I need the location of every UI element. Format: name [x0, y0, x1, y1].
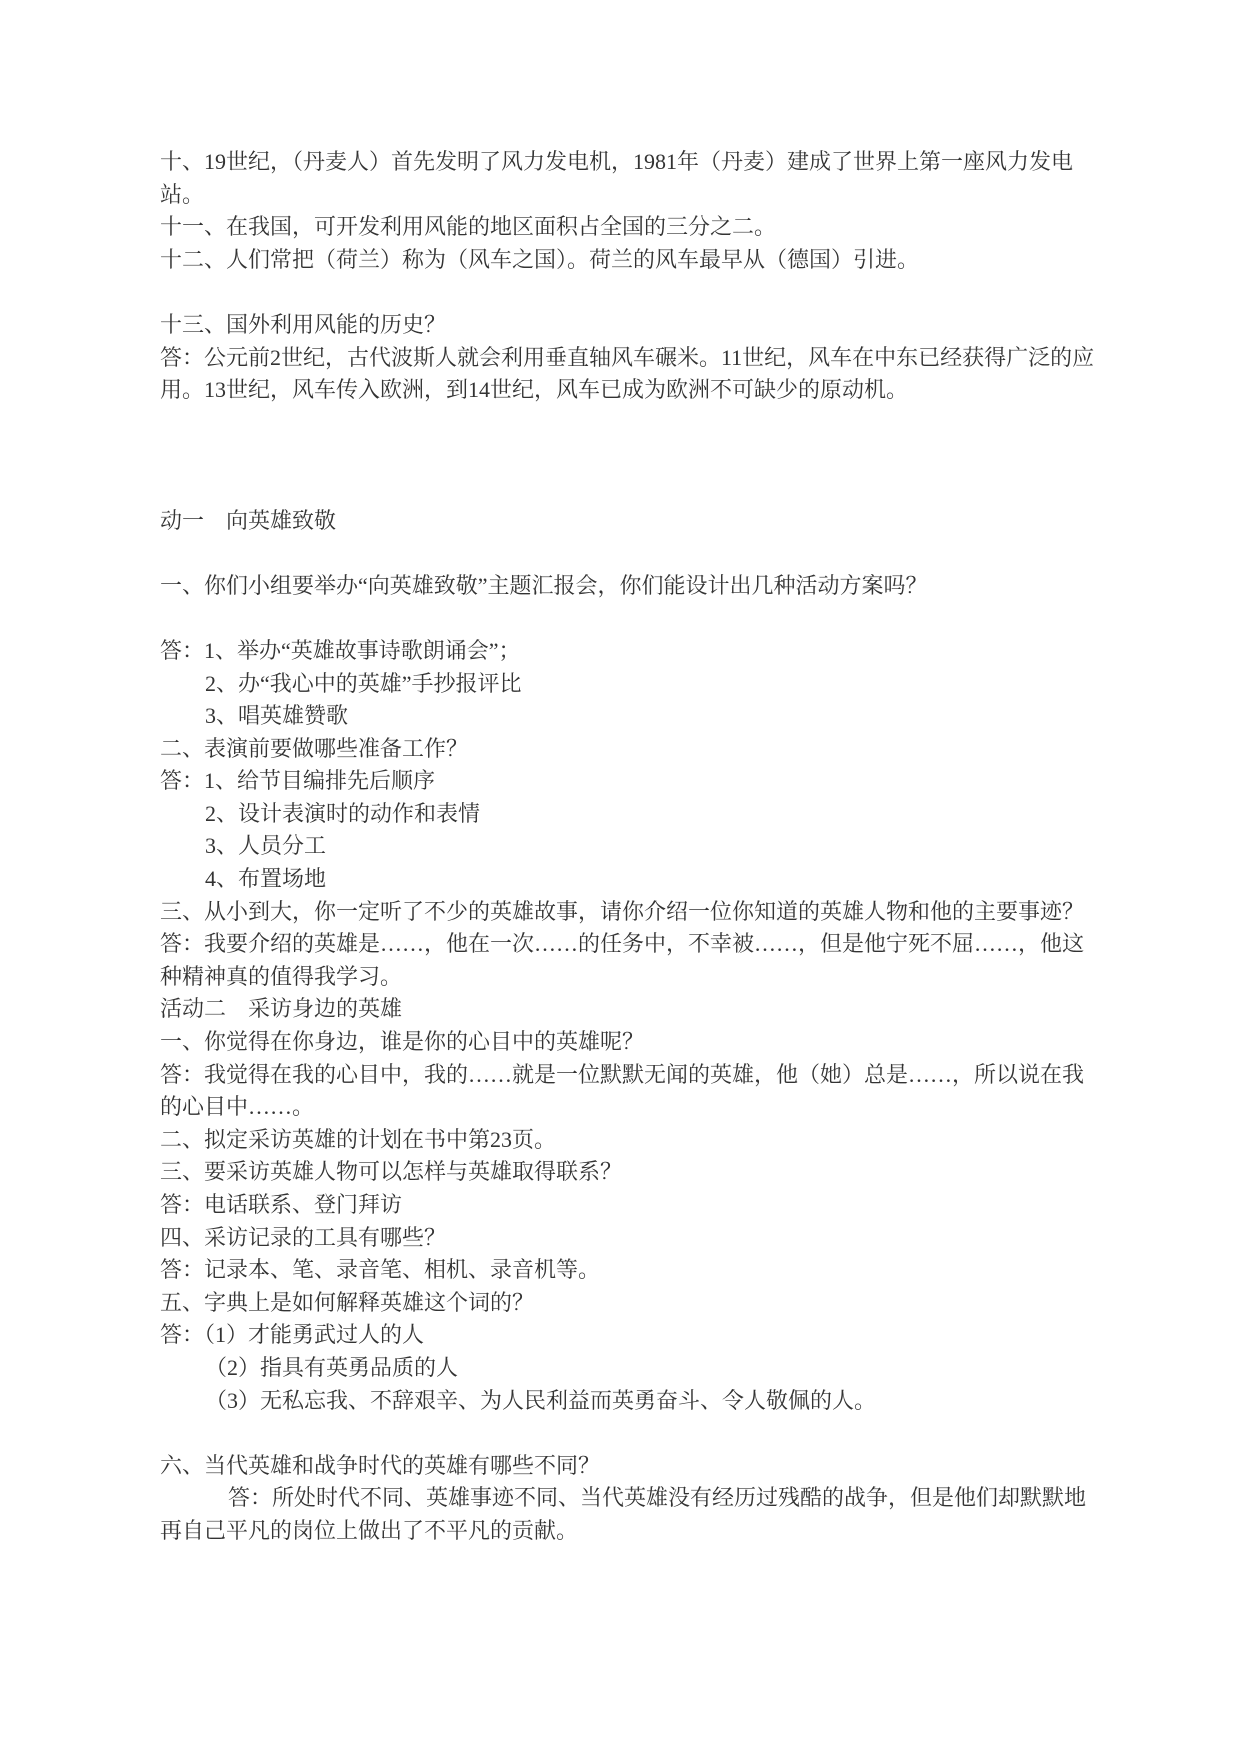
paragraph-line: 2、设计表演时的动作和表情	[205, 798, 1098, 831]
blank-line	[160, 472, 1098, 505]
blank-line	[160, 602, 1098, 635]
blank-line	[160, 276, 1098, 309]
paragraph-line: 3、唱英雄赞歌	[205, 700, 1098, 733]
document-page: 十、19世纪，（丹麦人）首先发明了风力发电机，1981年（丹麦）建成了世界上第一…	[0, 0, 1241, 1754]
paragraph-line: 4、布置场地	[205, 863, 1098, 896]
paragraph-line: 答：我觉得在我的心目中，我的……就是一位默默无闻的英雄，他（她）总是……，所以说…	[160, 1059, 1098, 1124]
paragraph-line: 十二、人们常把（荷兰）称为（风车之国）。荷兰的风车最早从（德国）引进。	[160, 244, 1098, 277]
paragraph-line: 答：所处时代不同、英雄事迹不同、当代英雄没有经历过残酷的战争，但是他们却默默地再…	[160, 1482, 1098, 1547]
paragraph-line: 六、当代英雄和战争时代的英雄有哪些不同？	[160, 1450, 1098, 1483]
paragraph-line: 答：记录本、笔、录音笔、相机、录音机等。	[160, 1254, 1098, 1287]
blank-line	[160, 407, 1098, 440]
paragraph-line: 答：1、举办“英雄故事诗歌朗诵会”；	[160, 635, 1098, 668]
paragraph-line: 一、你们小组要举办“向英雄致敬”主题汇报会，你们能设计出几种活动方案吗？	[160, 570, 1098, 603]
paragraph-line: 答：我要介绍的英雄是……，他在一次……的任务中，不幸被……，但是他宁死不屈……，…	[160, 928, 1098, 993]
paragraph-line: 答：1、给节目编排先后顺序	[160, 765, 1098, 798]
document-body: 十、19世纪，（丹麦人）首先发明了风力发电机，1981年（丹麦）建成了世界上第一…	[160, 146, 1098, 1548]
paragraph-line: 3、人员分工	[205, 830, 1098, 863]
paragraph-line: 十一、在我国，可开发利用风能的地区面积占全国的三分之二。	[160, 211, 1098, 244]
paragraph-line: （2）指具有英勇品质的人	[205, 1352, 1098, 1385]
blank-line	[160, 439, 1098, 472]
paragraph-line: 十三、国外利用风能的历史？	[160, 309, 1098, 342]
paragraph-line: 十、19世纪，（丹麦人）首先发明了风力发电机，1981年（丹麦）建成了世界上第一…	[160, 146, 1098, 211]
paragraph-line: 答：公元前2世纪，古代波斯人就会利用垂直轴风车碾米。11世纪，风车在中东已经获得…	[160, 342, 1098, 407]
paragraph-line: 三、要采访英雄人物可以怎样与英雄取得联系？	[160, 1156, 1098, 1189]
paragraph-line: （3）无私忘我、不辞艰辛、为人民利益而英勇奋斗、令人敬佩的人。	[205, 1385, 1098, 1418]
blank-line	[160, 1417, 1098, 1450]
paragraph-line: 答：（1）才能勇武过人的人	[160, 1319, 1098, 1352]
blank-line	[160, 537, 1098, 570]
paragraph-line: 四、采访记录的工具有哪些？	[160, 1222, 1098, 1255]
paragraph-line: 二、拟定采访英雄的计划在书中第23页。	[160, 1124, 1098, 1157]
paragraph-line: 答：电话联系、登门拜访	[160, 1189, 1098, 1222]
paragraph-line: 三、从小到大，你一定听了不少的英雄故事，请你介绍一位你知道的英雄人物和他的主要事…	[160, 896, 1098, 929]
paragraph-line: 2、办“我心中的英雄”手抄报评比	[205, 668, 1098, 701]
paragraph-line: 五、字典上是如何解释英雄这个词的？	[160, 1287, 1098, 1320]
paragraph-line: 一、你觉得在你身边，谁是你的心目中的英雄呢？	[160, 1026, 1098, 1059]
paragraph-line: 活动二 采访身边的英雄	[160, 993, 1098, 1026]
paragraph-line: 二、表演前要做哪些准备工作？	[160, 733, 1098, 766]
paragraph-line: 动一 向英雄致敬	[160, 505, 1098, 538]
